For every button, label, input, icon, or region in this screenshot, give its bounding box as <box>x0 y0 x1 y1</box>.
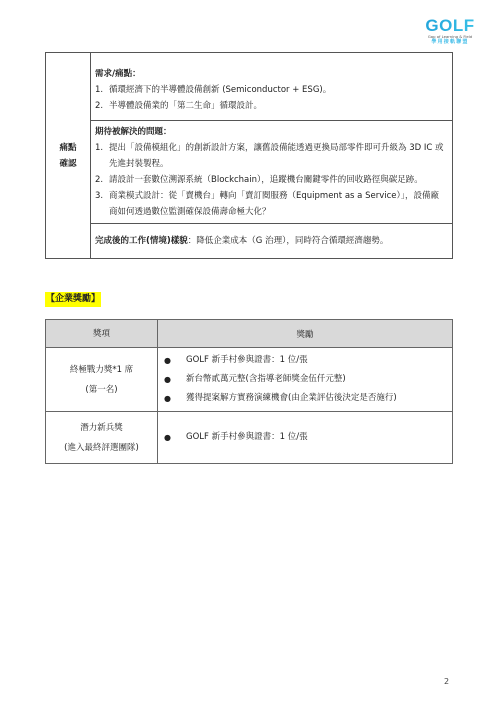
award-name: 潛力新兵獎 <box>47 418 156 438</box>
needs-list: 1.循環經濟下的半導體設備創新 (Semiconductor + ESG)。 2… <box>95 82 446 114</box>
header-award-item: 獎項 <box>46 320 158 348</box>
item-number: 3. <box>95 188 109 220</box>
award-row: 潛力新兵獎 (進入最終評選團隊) ●GOLF 新手村參與證書：1 位/張 <box>46 412 453 464</box>
needs-item: 2.半導體設備業的「第二生命」循環設計。 <box>95 98 446 114</box>
pain-point-label-cell: 痛點 確認 <box>46 53 91 259</box>
problems-cell: 期待被解決的問題： 1.提出「設備模組化」的創新設計方案，讓舊設備能透過更換局部… <box>91 121 453 224</box>
logo-chinese-name: 學用接軌聯盟 <box>414 39 486 46</box>
reward-item: ●新台幣貳萬元整(含指導老師獎金伍仟元整) <box>164 370 446 389</box>
problem-item: 2.請設計一套數位溯源系統（Blockchain），追蹤機台關鍵零件的回收路徑與… <box>95 172 446 188</box>
item-number: 2. <box>95 172 109 188</box>
item-text: 半導體設備業的「第二生命」循環設計。 <box>109 98 262 114</box>
problem-item: 1.提出「設備模組化」的創新設計方案，讓舊設備能透過更換局部零件即可升級為 3D… <box>95 140 446 172</box>
reward-item: ●獲得提案解方實務演練機會(由企業評估後決定是否施行) <box>164 389 446 408</box>
item-text: 商業模式設計：從「賣機台」轉向「賣訂閱服務（Equipment as a Ser… <box>109 188 446 220</box>
page-number: 2 <box>444 677 449 686</box>
outcome-row: 完成後的工作(情境)樣貌：降低企業成本（G 治理），同時符合循環經濟趨勢。 <box>46 224 453 259</box>
award-name-cell: 終極戰力獎*1 席 (第一名) <box>46 348 158 412</box>
reward-item: ●GOLF 新手村參與證書：1 位/張 <box>164 428 446 447</box>
needs-title: 需求/痛點： <box>95 66 446 82</box>
item-number: 1. <box>95 82 109 98</box>
reward-text: 新台幣貳萬元整(含指導老師獎金伍仟元整) <box>186 370 346 389</box>
needs-row: 痛點 確認 需求/痛點： 1.循環經濟下的半導體設備創新 (Semiconduc… <box>46 53 453 121</box>
header-reward: 獎勵 <box>158 320 453 348</box>
reward-text: 獲得提案解方實務演練機會(由企業評估後決定是否施行) <box>186 389 397 408</box>
pain-point-table: 痛點 確認 需求/痛點： 1.循環經濟下的半導體設備創新 (Semiconduc… <box>45 52 453 259</box>
item-text: 循環經濟下的半導體設備創新 (Semiconductor + ESG)。 <box>109 82 331 98</box>
item-number: 1. <box>95 140 109 172</box>
award-table: 獎項 獎勵 終極戰力獎*1 席 (第一名) ●GOLF 新手村參與證書：1 位/… <box>45 319 453 464</box>
outcome-text: ：降低企業成本（G 治理），同時符合循環經濟趨勢。 <box>188 236 389 246</box>
award-name-cell: 潛力新兵獎 (進入最終評選團隊) <box>46 412 158 464</box>
needs-item: 1.循環經濟下的半導體設備創新 (Semiconductor + ESG)。 <box>95 82 446 98</box>
pain-point-label-line2: 確認 <box>47 156 89 172</box>
logo-wordmark: GOLF <box>414 17 486 34</box>
outcome-title: 完成後的工作(情境)樣貌 <box>95 236 188 246</box>
needs-cell: 需求/痛點： 1.循環經濟下的半導體設備創新 (Semiconductor + … <box>91 53 453 121</box>
award-table-header: 獎項 獎勵 <box>46 320 453 348</box>
item-number: 2. <box>95 98 109 114</box>
pain-point-label-line1: 痛點 <box>47 140 89 156</box>
problems-title: 期待被解決的問題： <box>95 124 446 140</box>
reward-list: ●GOLF 新手村參與證書：1 位/張 <box>164 428 446 447</box>
award-rank: (進入最終評選團隊) <box>47 438 156 458</box>
problems-row: 期待被解決的問題： 1.提出「設備模組化」的創新設計方案，讓舊設備能透過更換局部… <box>46 121 453 224</box>
item-text: 提出「設備模組化」的創新設計方案，讓舊設備能透過更換局部零件即可升級為 3D I… <box>109 140 446 172</box>
reward-item: ●GOLF 新手村參與證書：1 位/張 <box>164 351 446 370</box>
award-name: 終極戰力獎*1 席 <box>47 360 156 380</box>
award-rank: (第一名) <box>47 380 156 400</box>
reward-cell: ●GOLF 新手村參與證書：1 位/張 ●新台幣貳萬元整(含指導老師獎金伍仟元整… <box>158 348 453 412</box>
award-section-heading: 【企業獎勵】 <box>45 292 101 307</box>
bullet-icon: ● <box>164 351 186 370</box>
outcome-cell: 完成後的工作(情境)樣貌：降低企業成本（G 治理），同時符合循環經濟趨勢。 <box>91 224 453 259</box>
bullet-icon: ● <box>164 370 186 389</box>
item-text: 請設計一套數位溯源系統（Blockchain），追蹤機台關鍵零件的回收路徑與碳足… <box>109 172 423 188</box>
bullet-icon: ● <box>164 428 186 447</box>
reward-text: GOLF 新手村參與證書：1 位/張 <box>186 428 308 447</box>
reward-list: ●GOLF 新手村參與證書：1 位/張 ●新台幣貳萬元整(含指導老師獎金伍仟元整… <box>164 351 446 408</box>
bullet-icon: ● <box>164 389 186 408</box>
problem-item: 3.商業模式設計：從「賣機台」轉向「賣訂閱服務（Equipment as a S… <box>95 188 446 220</box>
reward-text: GOLF 新手村參與證書：1 位/張 <box>186 351 308 370</box>
reward-cell: ●GOLF 新手村參與證書：1 位/張 <box>158 412 453 464</box>
award-row: 終極戰力獎*1 席 (第一名) ●GOLF 新手村參與證書：1 位/張 ●新台幣… <box>46 348 453 412</box>
golf-logo: GOLF Gap of Learning & Field 學用接軌聯盟 <box>414 17 486 46</box>
problems-list: 1.提出「設備模組化」的創新設計方案，讓舊設備能透過更換局部零件即可升級為 3D… <box>95 140 446 220</box>
